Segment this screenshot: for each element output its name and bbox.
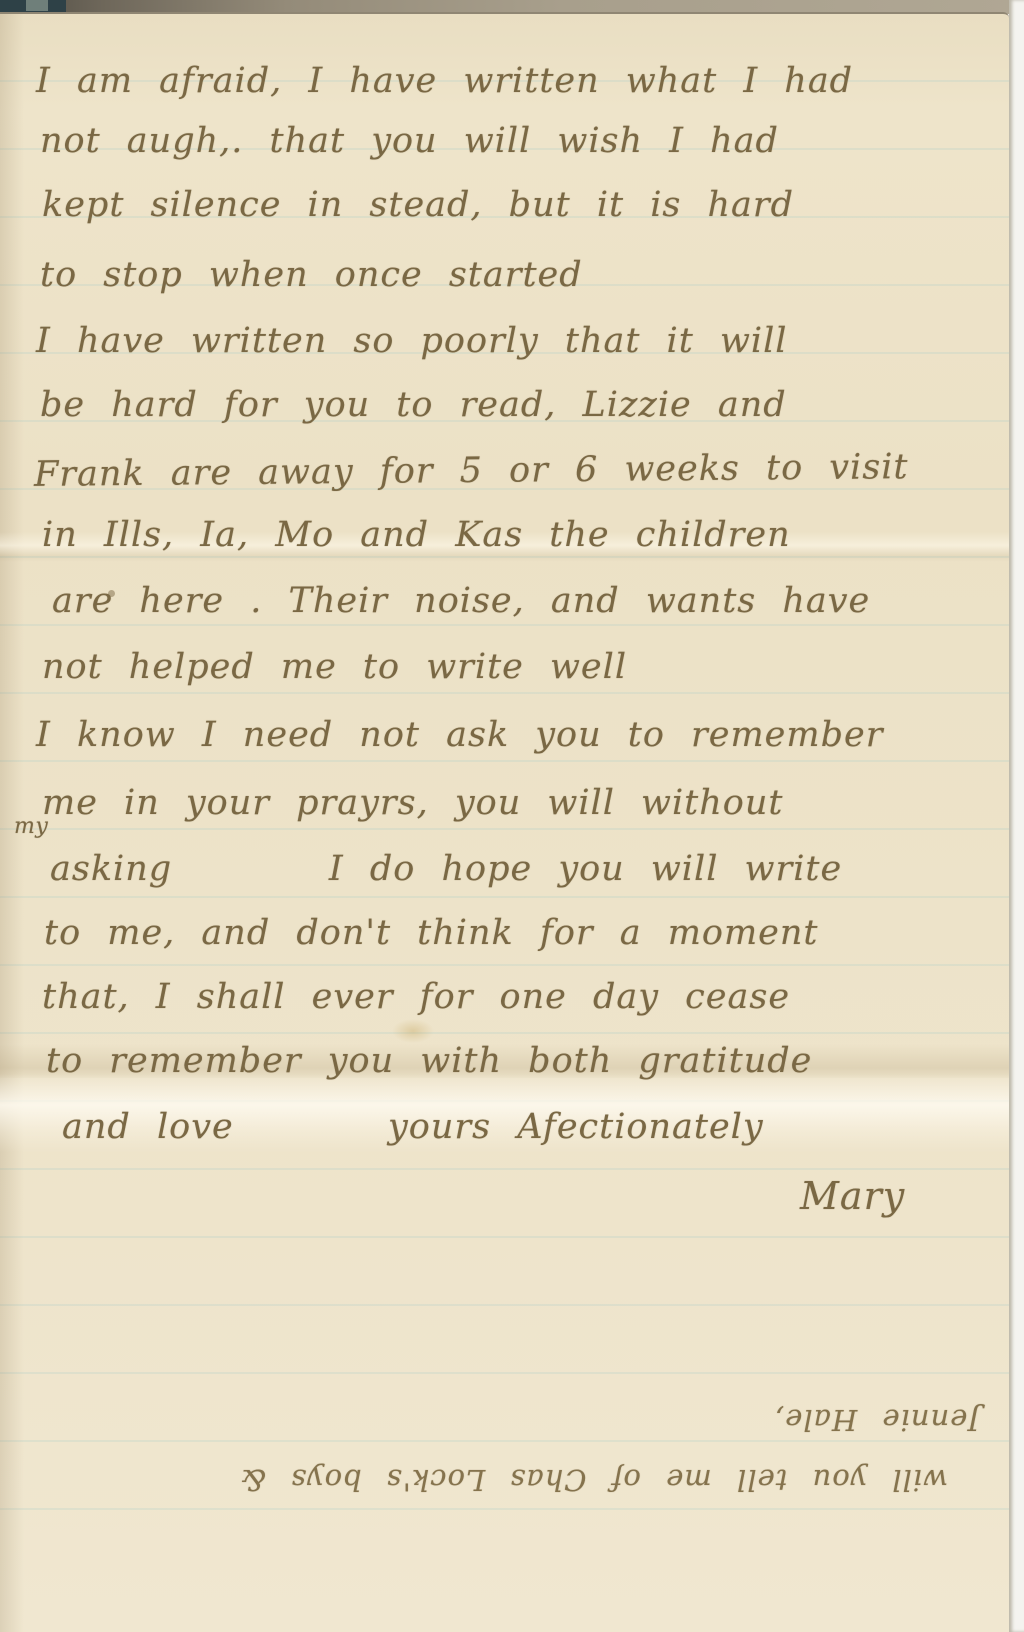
scanned-letter-page: I am afraid, I have written what I had n… [0,0,1024,1632]
upside-down-question-line: will you tell me of Chas Lock's boys & [40,1462,948,1497]
handwriting-line-3: kept silence in stead, but it is hard [42,184,794,226]
ruled-lines [0,80,1009,1570]
handwriting-line-9: are here . Their noise, and wants have [52,580,870,622]
signature: Mary [800,1174,905,1220]
handwriting-line-4: to stop when once started [40,254,583,296]
handwriting-line-7: Frank are away for 5 or 6 weeks to visit [34,446,909,496]
handwriting-line-8: in Ills, Ia, Mo and Kas the children [42,514,791,556]
handwriting-line-13: asking I do hope you will write [50,848,842,890]
closing-valediction: yours Afectionately [388,1106,764,1148]
dark-corner-object-highlight [26,0,48,11]
scanner-background-right [1009,0,1024,1632]
handwriting-line-14: to me, and don't think for a moment [44,912,819,954]
handwriting-line-1: I am afraid, I have written what I had [36,60,853,102]
insertion-word: my [14,814,48,840]
upside-down-name-line: Jennie Hale, [712,1402,980,1437]
handwriting-line-6: be hard for you to read, Lizzie and [40,384,787,426]
handwriting-line-5: I have written so poorly that it will [36,320,787,362]
handwriting-line-12: me in your prayrs, you will without [42,782,783,824]
handwriting-line-16: to remember you with both gratitude [46,1040,812,1082]
handwriting-line-11: I know I need not ask you to remember [36,714,883,756]
handwriting-line-10: not helped me to write well [42,646,627,688]
handwriting-line-15: that, I shall ever for one day cease [42,976,790,1018]
handwriting-line-2: not augh,. that you will wish I had [40,120,779,162]
letter-paper: I am afraid, I have written what I had n… [0,12,1009,1632]
closing-phrase: and love [62,1106,234,1148]
